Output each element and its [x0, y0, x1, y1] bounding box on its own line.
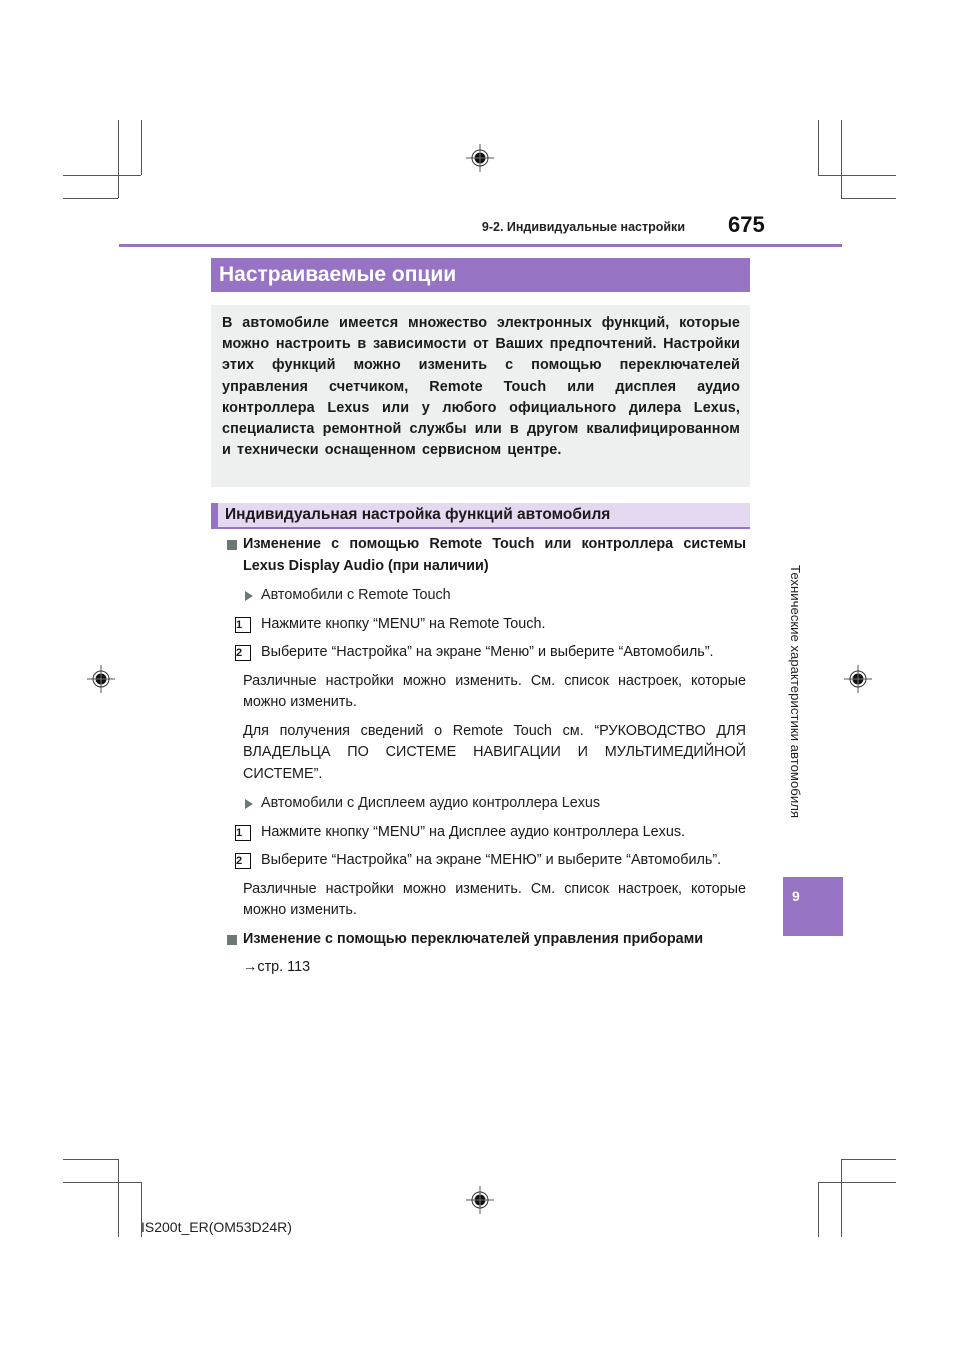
step-number-icon: 2: [235, 853, 251, 869]
triangle-bullet-icon: [245, 591, 253, 601]
content-body: Изменение с помощью Remote Touch или кон…: [227, 534, 746, 979]
step-number-icon: 1: [235, 617, 251, 633]
item-text: →стр. 113: [243, 959, 310, 975]
crop-mark: [63, 175, 141, 176]
bold-heading-item: Изменение с помощью переключателей управ…: [227, 929, 746, 951]
paragraph: →стр. 113: [227, 957, 746, 979]
item-text: Изменение с помощью переключателей управ…: [243, 931, 703, 947]
intro-box: В автомобиле имеется множество электронн…: [211, 305, 750, 487]
chapter-side-title: Технические характеристики автомобиля: [783, 565, 803, 870]
subsection-title: Индивидуальная настройка функций автомоб…: [211, 503, 750, 529]
vehicle-variant-item: Автомобили с Remote Touch: [227, 585, 746, 607]
step-number-icon: 1: [235, 825, 251, 841]
step-item: 1Нажмите кнопку “MENU” на Дисплее аудио …: [227, 822, 746, 844]
crop-mark: [841, 1159, 896, 1160]
item-text: Изменение с помощью Remote Touch или кон…: [243, 536, 746, 574]
crop-mark: [63, 1159, 118, 1160]
crop-mark: [818, 120, 819, 175]
crop-mark: [118, 120, 119, 198]
crop-mark: [818, 1182, 819, 1237]
header-rule: [119, 244, 842, 247]
vehicle-variant-item: Автомобили с Дисплеем аудио контроллера …: [227, 793, 746, 815]
document-code: IS200t_ER(OM53D24R): [141, 1219, 292, 1235]
crop-mark: [63, 1182, 141, 1183]
registration-mark-icon: [86, 664, 116, 694]
triangle-bullet-icon: [245, 799, 253, 809]
item-text: Нажмите кнопку “MENU” на Remote Touch.: [261, 616, 546, 632]
item-text: Выберите “Настройка” на экране “Меню” и …: [261, 644, 714, 660]
item-text: Автомобили с Remote Touch: [261, 587, 451, 603]
crop-mark: [141, 120, 142, 175]
step-number-icon: 2: [235, 645, 251, 661]
registration-mark-icon: [465, 1185, 495, 1215]
registration-mark-icon: [465, 143, 495, 173]
item-text: Для получения сведений о Remote Touch см…: [243, 723, 746, 782]
crop-mark: [841, 198, 896, 199]
bold-heading-item: Изменение с помощью Remote Touch или кон…: [227, 534, 746, 577]
running-head: 9-2. Индивидуальные настройки: [460, 220, 685, 234]
chapter-title-text: Технические характеристики автомобиля: [788, 565, 803, 818]
item-text: Различные настройки можно изменить. См. …: [243, 881, 746, 919]
crop-mark: [118, 1159, 119, 1237]
square-bullet-icon: [227, 935, 237, 945]
step-item: 1Нажмите кнопку “MENU” на Remote Touch.: [227, 614, 746, 636]
chapter-tab[interactable]: 9: [783, 877, 843, 936]
crop-mark: [818, 1182, 896, 1183]
section-title: Настраиваемые опции: [211, 258, 750, 292]
paragraph: Различные настройки можно изменить. См. …: [227, 671, 746, 714]
crop-mark: [841, 120, 842, 198]
step-item: 2Выберите “Настройка” на экране “Меню” и…: [227, 642, 746, 664]
square-bullet-icon: [227, 540, 237, 550]
paragraph: Для получения сведений о Remote Touch см…: [227, 721, 746, 786]
item-text: Различные настройки можно изменить. См. …: [243, 673, 746, 711]
page-number: 675: [728, 212, 765, 238]
crop-mark: [841, 1159, 842, 1237]
crop-mark: [818, 175, 896, 176]
item-text: Нажмите кнопку “MENU” на Дисплее аудио к…: [261, 824, 685, 840]
step-item: 2Выберите “Настройка” на экране “МЕНЮ” и…: [227, 850, 746, 872]
item-text: Выберите “Настройка” на экране “МЕНЮ” и …: [261, 852, 721, 868]
crop-mark: [63, 198, 118, 199]
paragraph: Различные настройки можно изменить. См. …: [227, 879, 746, 922]
registration-mark-icon: [843, 664, 873, 694]
item-text: Автомобили с Дисплеем аудио контроллера …: [261, 795, 600, 811]
intro-text: В автомобиле имеется множество электронн…: [222, 313, 740, 461]
chapter-number: 9: [792, 888, 800, 904]
